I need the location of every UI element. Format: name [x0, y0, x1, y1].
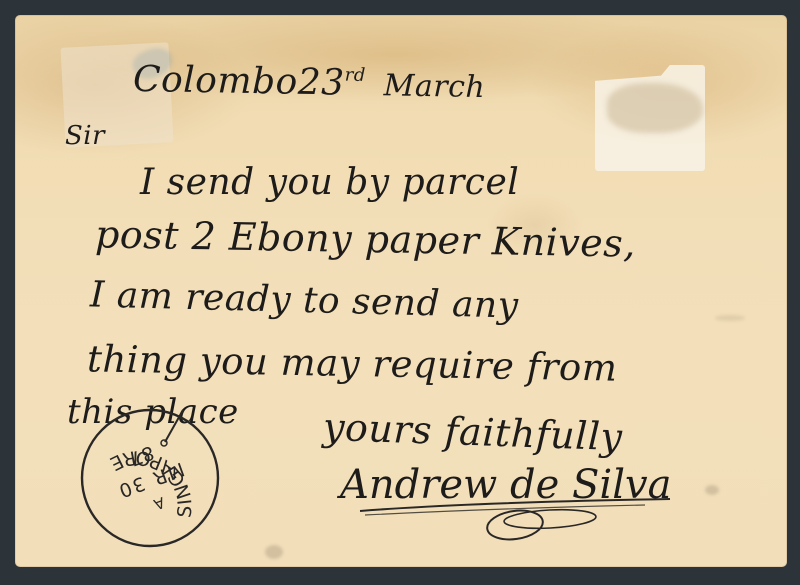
foxing-spot	[265, 545, 283, 559]
body-line: thing you may require from	[87, 340, 618, 386]
postal-card: Colombo23rdMarch Sir I send you by parce…	[15, 15, 787, 567]
foxing-spot	[705, 485, 719, 495]
postmark-code: A	[151, 493, 167, 514]
body-line: I am ready to send any	[90, 277, 519, 324]
heading-day: 23	[297, 62, 345, 104]
signature: Andrew de Silva	[340, 465, 671, 505]
salutation: Sir	[65, 123, 105, 149]
foxing-spot	[715, 315, 745, 321]
body-line: I send you by parcel	[140, 165, 519, 201]
scan-background: Colombo23rdMarch Sir I send you by parce…	[0, 0, 800, 585]
heading-place: Colombo	[133, 59, 298, 103]
heading-month: March	[383, 68, 485, 105]
postmark: SINGAPORE A MR 30 87	[75, 400, 225, 550]
heading-day-suffix: rd	[345, 65, 367, 86]
stain	[607, 83, 703, 133]
body-line: post 2 Ebony paper Knives,	[95, 215, 636, 262]
closing: yours faithfully	[322, 408, 623, 456]
letter-heading: Colombo23rdMarch	[133, 62, 486, 104]
